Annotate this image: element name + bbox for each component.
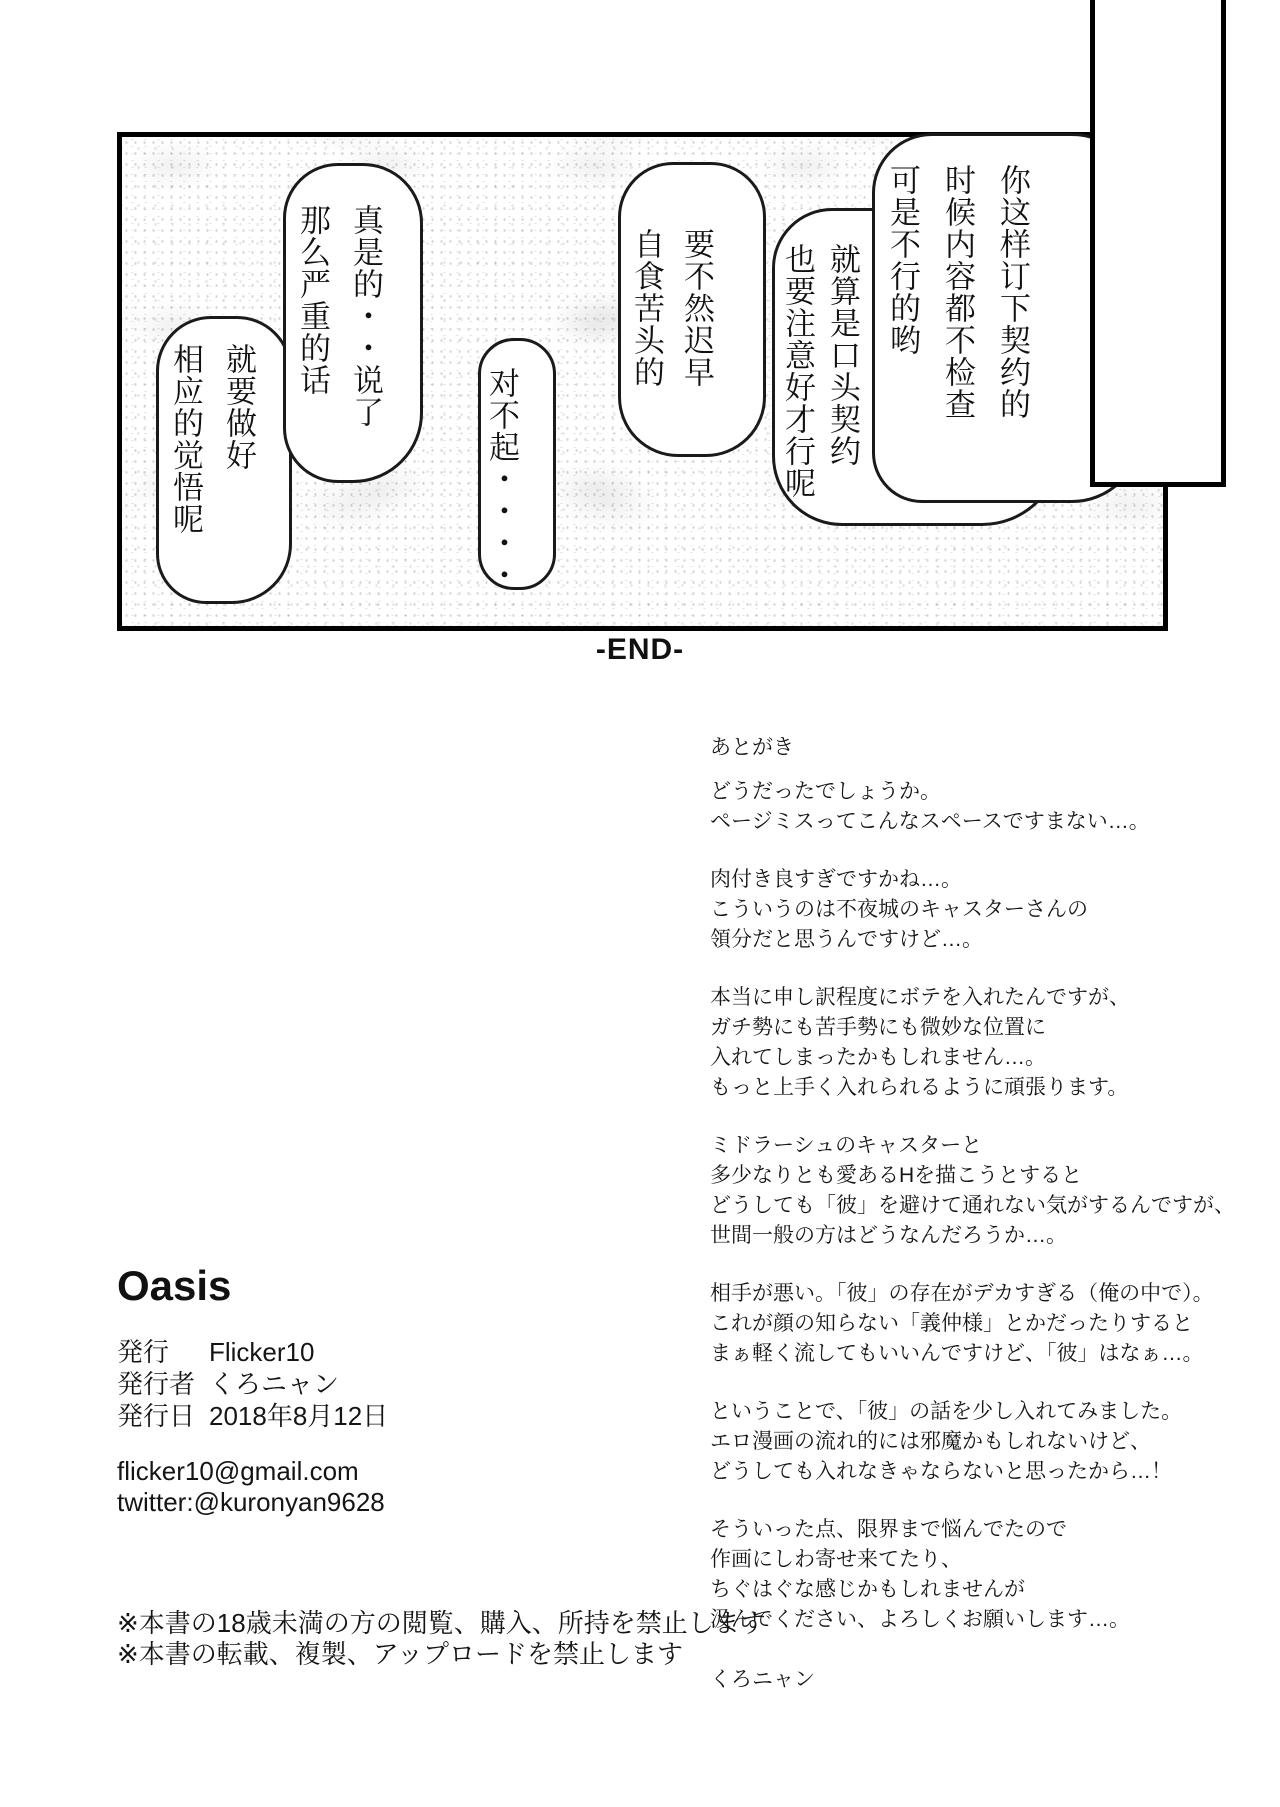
speech-bubble: 要不然迟早 自食苦头的 — [618, 162, 766, 457]
publisher-label: 発行 — [117, 1336, 209, 1368]
speech-bubble-text: 就要做好 相应的觉悟呢 — [159, 319, 279, 601]
blank-panel-box — [1090, 0, 1226, 487]
doujin-title: Oasis — [117, 1262, 231, 1310]
afterword-paragraph: 肉付き良すぎですかね…。 こういうのは不夜城のキャスターさんの 領分だと思うんで… — [710, 865, 1250, 955]
speech-bubble: 就要做好 相应的觉悟呢 — [156, 316, 292, 604]
publish-date-label: 発行日 — [117, 1400, 209, 1432]
speech-bubble-text: 真是的・・说了 那么严重的话 — [286, 166, 414, 480]
doujin-afterword-page: 你这样订下契约的 时候内容都不检查 可是不行的哟 就算是口头契约 也要注意好才行… — [0, 0, 1280, 1807]
afterword-paragraph: 相手が悪い。「彼」の存在がデカすぎる（俺の中で）。 これが顔の知らない「義仲様」… — [710, 1279, 1250, 1369]
author-value: くろニャン — [209, 1368, 339, 1400]
publisher-value: Flicker10 — [209, 1336, 314, 1368]
author-row: 発行者 くろニャン — [117, 1368, 388, 1400]
publisher-row: 発行 Flicker10 — [117, 1336, 388, 1368]
afterword-heading: あとがき — [710, 733, 1250, 763]
disclaimer-text: ※本書の18歳未満の方の閲覧、購入、所持を禁止します ※本書の転載、複製、アップ… — [117, 1608, 766, 1670]
author-label: 発行者 — [117, 1368, 209, 1400]
publish-date-row: 発行日 2018年8月12日 — [117, 1400, 388, 1432]
publish-date-value: 2018年8月12日 — [209, 1400, 388, 1432]
afterword-paragraph: ということで、「彼」の話を少し入れてみました。 エロ漫画の流れ的には邪魔かもしれ… — [710, 1397, 1250, 1487]
end-label: -END- — [0, 633, 1280, 667]
speech-bubble-text: 对不起・・・・ — [481, 341, 530, 587]
afterword-paragraph: 本当に申し訳程度にボテを入れたんですが、 ガチ勢にも苦手勢にも微妙な位置に 入れ… — [710, 983, 1250, 1103]
afterword-paragraph: ミドラーシュのキャスターと 多少なりとも愛あるHを描こうとすると どうしても「彼… — [710, 1131, 1250, 1251]
speech-bubble-text: 要不然迟早 自食苦头的 — [621, 165, 741, 454]
speech-bubble: 对不起・・・・ — [478, 338, 556, 590]
contact-info: flicker10@gmail.com twitter:@kuronyan962… — [117, 1456, 385, 1518]
publication-info: 発行 Flicker10 発行者 くろニャン 発行日 2018年8月12日 — [117, 1336, 388, 1432]
afterword-paragraph: そういった点、限界まで悩んでたので 作画にしわ寄せ来てたり、 ちぐはぐな感じかも… — [710, 1515, 1250, 1635]
speech-bubble: 真是的・・说了 那么严重的话 — [283, 163, 423, 483]
afterword-section: あとがき どうだったでしょうか。 ページミスってこんなスペースですまない…。 肉… — [710, 733, 1250, 1695]
afterword-paragraph: どうだったでしょうか。 ページミスってこんなスペースですまない…。 — [710, 777, 1250, 837]
afterword-signature: くろニャン — [710, 1665, 1250, 1695]
